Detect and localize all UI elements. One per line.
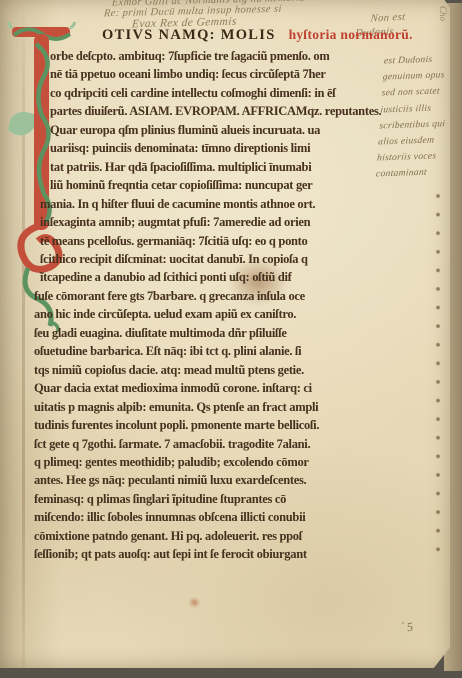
text-line: tat patriis. Har qdā ſpacioſiſſima. mult…: [50, 158, 386, 176]
text-block: orbe deſcpto. ambituq: 7ſupficie tre ſag…: [34, 47, 386, 564]
text-line: Quar europa qſm plinius fluminũ alueis i…: [50, 121, 386, 139]
text-line: liũ hominũ freqntia cetar copioſiſſima: …: [50, 176, 386, 194]
text-line: ĩtcapedine a danubio ad ſcithici ponti u…: [40, 268, 386, 286]
margin-note-line: contaminant: [375, 164, 450, 183]
folio-mark: 5: [403, 619, 414, 635]
margin-note-line: scribentibus qui: [379, 115, 450, 134]
text-line: uariisq: puinciis denominata: tīmno dire…: [50, 139, 386, 157]
text-line: tqs nimiũ copioſus dacie. atq: mead mult…: [34, 361, 386, 379]
quire-mark: Cho: [438, 6, 448, 21]
text-line: miſcendo: illic ſoboles innumnas obſcena…: [34, 508, 386, 526]
text-line: co qdripciti celi cardine intellectu coſ…: [50, 84, 386, 102]
text-line: ſeſſionib; qt pats auoſq: aut ſepi int ſ…: [34, 545, 386, 563]
text-line: nē tiā ppetuo oceani limbo undiq: ſecus …: [50, 65, 386, 83]
text-line: uitatis p magnis alpib: emunita. Qs pten…: [34, 398, 386, 416]
text-line: tudinis furentes incolunt popli. pmonent…: [34, 416, 386, 434]
text-line: mania. In q hiſter fluui de cacumine mon…: [40, 195, 386, 213]
text-line: ano hic inde circũſepta. uelud exam apiũ…: [34, 305, 386, 323]
text-line: cōmixtione patndo genant. Hi pq. adoleue…: [34, 527, 386, 545]
incipit-line: OTIVS NAMQ: MOLIS hyſtoria normanorũ.: [34, 26, 413, 44]
manuscript-page: Exmor Guill ac Normanis dig nū memoria R…: [0, 0, 450, 668]
text-line: inſexaginta amnib; augmtat pfuſi: 7amere…: [40, 213, 386, 231]
text-line: ſcithico recipit diſcminat: uocitat danu…: [40, 250, 386, 268]
text-line: ſct gete q 7gothi. ſarmate. 7 amacſobii.…: [34, 435, 386, 453]
margin-note: est Dudonisgenuinum opussed non scatetiu…: [375, 51, 450, 184]
incipit-opening: OTIVS NAMQ: MOLIS: [102, 27, 276, 43]
text-line: fuſe cōmorant fere gts 7barbare. q greca…: [34, 287, 386, 305]
rubric-title: hyſtoria normanorũ.: [289, 27, 413, 42]
small-stain: [188, 598, 201, 607]
text-line: orbe deſcpto. ambituq: 7ſupficie tre ſag…: [50, 47, 386, 65]
text-line: antes. Hee gs nāq: peculanti nimiũ luxu …: [34, 471, 386, 489]
text-line: tē means pcelloſus. germaniāq: 7ſcitiā u…: [40, 232, 386, 250]
manuscript-photo: Exmor Guill ac Normanis dig nū memoria R…: [0, 0, 462, 678]
text-line: feminasq: q plimas ſinglari ĩpitudine ſt…: [34, 490, 386, 508]
text-line: oſuetudine barbarica. Eſt nāq: ibi tct q…: [34, 342, 386, 360]
text-line: q plimeq: gentes meothidib; paludib; exc…: [34, 453, 386, 471]
text-line: ſeu gladi euagina. diuſitate multimoda d…: [34, 324, 386, 342]
text-line: Quar dacia extat medioxima inmodũ corone…: [34, 379, 386, 397]
pricking-holes: [435, 192, 441, 564]
text-line: partes diuiſerũ. ASIAM. EVROPAM. AFFRICA…: [50, 102, 386, 120]
